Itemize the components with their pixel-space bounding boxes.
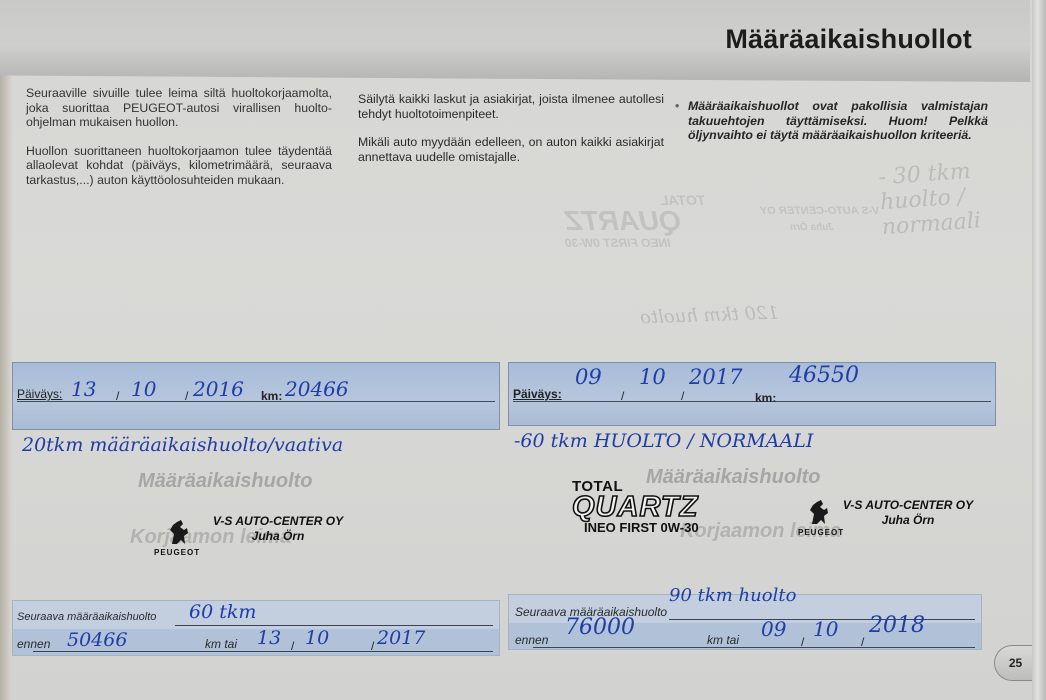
km-field[interactable]: 46550 bbox=[789, 363, 859, 388]
dealer-stamp: V-S AUTO-CENTER OY Juha Örn bbox=[198, 514, 358, 544]
date-separator: / bbox=[621, 389, 624, 403]
ghost-stamp-quartz: QUARTZ bbox=[565, 205, 681, 237]
next-service-underline bbox=[175, 625, 493, 626]
stamp-brand: PEUGEOT bbox=[154, 548, 200, 557]
date-month-field[interactable]: 10 bbox=[639, 365, 666, 389]
next-km-field[interactable]: 50466 bbox=[67, 629, 127, 651]
date-separator: / bbox=[291, 639, 294, 653]
km-label: km: bbox=[261, 389, 282, 403]
km-or-label: km tai bbox=[205, 637, 237, 651]
date-day-field[interactable]: 13 bbox=[71, 377, 96, 401]
next-service-band: Seuraava määräaikaishuolto 60 tkm ennen … bbox=[12, 600, 500, 656]
ghost-stamp-person: Juha Örn bbox=[790, 222, 834, 233]
dealer-name: V-S AUTO-CENTER OY bbox=[834, 498, 982, 513]
next-service-field[interactable]: 60 tkm bbox=[189, 601, 256, 623]
next-date-year-field[interactable]: 2018 bbox=[869, 613, 925, 638]
dealer-person: Juha Örn bbox=[198, 529, 358, 544]
page-edge bbox=[1032, 0, 1046, 700]
before-label: ennen bbox=[17, 637, 50, 651]
page-binding bbox=[0, 0, 12, 700]
service-description[interactable]: 20tkm määräaikaishuolto/vaativa bbox=[22, 434, 343, 456]
manual-page: Määräaikaishuollot Seuraaville sivuille … bbox=[0, 0, 1032, 700]
service-record-1: Päiväys: 13 / 10 / 2016 km: 20466 20tkm … bbox=[12, 362, 500, 662]
ghost-stamp-oil: INEO FIRST 0W-30 bbox=[565, 236, 671, 250]
next-date-month-field[interactable]: 10 bbox=[813, 617, 838, 641]
intro-paragraph: Huollon suorittaneen huoltokorjaamon tul… bbox=[26, 144, 332, 188]
peugeot-lion-icon bbox=[806, 498, 832, 526]
date-day-field[interactable]: 09 bbox=[575, 365, 602, 389]
next-date-day-field[interactable]: 13 bbox=[257, 627, 281, 649]
service-record-2: Päiväys: 09 / 10 / 2017 km: 46550 -60 tk… bbox=[508, 362, 996, 662]
next-service-band: Seuraava määräaikaishuolto 90 tkm huolto… bbox=[508, 594, 982, 650]
bullet-icon: • bbox=[675, 99, 679, 114]
date-separator: / bbox=[185, 389, 188, 403]
ghost-stamp-dealer: V-S AUTO-CENTER OY bbox=[760, 205, 879, 217]
ghost-handwriting: 120 tkm huolto bbox=[640, 303, 780, 329]
next-date-month-field[interactable]: 10 bbox=[305, 627, 329, 649]
before-label: ennen bbox=[515, 633, 548, 647]
date-separator: / bbox=[116, 389, 119, 403]
date-band: Päiväys: 09 / 10 / 2017 km: 46550 bbox=[508, 362, 996, 426]
date-band: Päiväys: 13 / 10 / 2016 km: 20466 bbox=[12, 362, 500, 430]
date-separator: / bbox=[681, 389, 684, 403]
warranty-note: • Määräaikaishuollot ovat pakollisia val… bbox=[688, 99, 988, 157]
stamp-brand: PEUGEOT bbox=[798, 528, 844, 537]
intro-column-1: Seuraaville sivuille tulee leima siltä h… bbox=[26, 86, 332, 201]
oil-product: QUARTZ bbox=[572, 493, 699, 521]
peugeot-lion-icon bbox=[166, 518, 192, 546]
date-underline bbox=[17, 401, 495, 402]
date-separator: / bbox=[371, 639, 374, 653]
page-title: Määräaikaishuollot bbox=[725, 24, 972, 55]
date-year-field[interactable]: 2016 bbox=[193, 377, 244, 401]
next-date-year-field[interactable]: 2017 bbox=[377, 627, 425, 649]
km-field[interactable]: 20466 bbox=[285, 377, 349, 401]
date-separator: / bbox=[861, 635, 864, 649]
next-km-field[interactable]: 76000 bbox=[565, 615, 635, 640]
km-label: km: bbox=[755, 391, 776, 405]
date-month-field[interactable]: 10 bbox=[131, 377, 156, 401]
date-year-field[interactable]: 2017 bbox=[689, 365, 742, 389]
next-date-day-field[interactable]: 09 bbox=[761, 617, 786, 641]
intro-paragraph: Seuraaville sivuille tulee leima siltä h… bbox=[26, 86, 332, 130]
dealer-person: Juha Örn bbox=[834, 513, 982, 528]
date-underline bbox=[513, 401, 991, 402]
date-label: Päiväys: bbox=[513, 387, 562, 401]
intro-column-2: Säilytä kaikki laskut ja asiakirjat, joi… bbox=[358, 92, 664, 178]
date-label: Päiväys: bbox=[17, 387, 62, 401]
next-service-field[interactable]: 90 tkm huolto bbox=[669, 585, 796, 606]
ghost-handwriting: - 30 tkm huolto / normaali bbox=[878, 155, 1035, 240]
date-separator: / bbox=[801, 635, 804, 649]
intro-paragraph: Mikäli auto myydään edelleen, on auton k… bbox=[358, 135, 664, 164]
before-underline bbox=[33, 651, 493, 652]
before-underline bbox=[533, 647, 975, 648]
dealer-stamp: V-S AUTO-CENTER OY Juha Örn bbox=[834, 498, 982, 528]
dealer-name: V-S AUTO-CENTER OY bbox=[198, 514, 358, 529]
oil-grade: INEO FIRST 0W-30 bbox=[572, 521, 699, 535]
warranty-note-text: Määräaikaishuollot ovat pakollisia valmi… bbox=[688, 99, 988, 143]
km-or-label: km tai bbox=[707, 633, 739, 647]
intro-paragraph: Säilytä kaikki laskut ja asiakirjat, joi… bbox=[358, 92, 664, 121]
stamp-area-title: Määräaikaishuolto bbox=[138, 470, 313, 493]
service-description[interactable]: -60 tkm HUOLTO / NORMAALI bbox=[514, 430, 813, 452]
next-service-label: Seuraava määräaikaishuolto bbox=[17, 611, 156, 623]
total-quartz-stamp: TOTAL QUARTZ INEO FIRST 0W-30 bbox=[572, 478, 699, 535]
